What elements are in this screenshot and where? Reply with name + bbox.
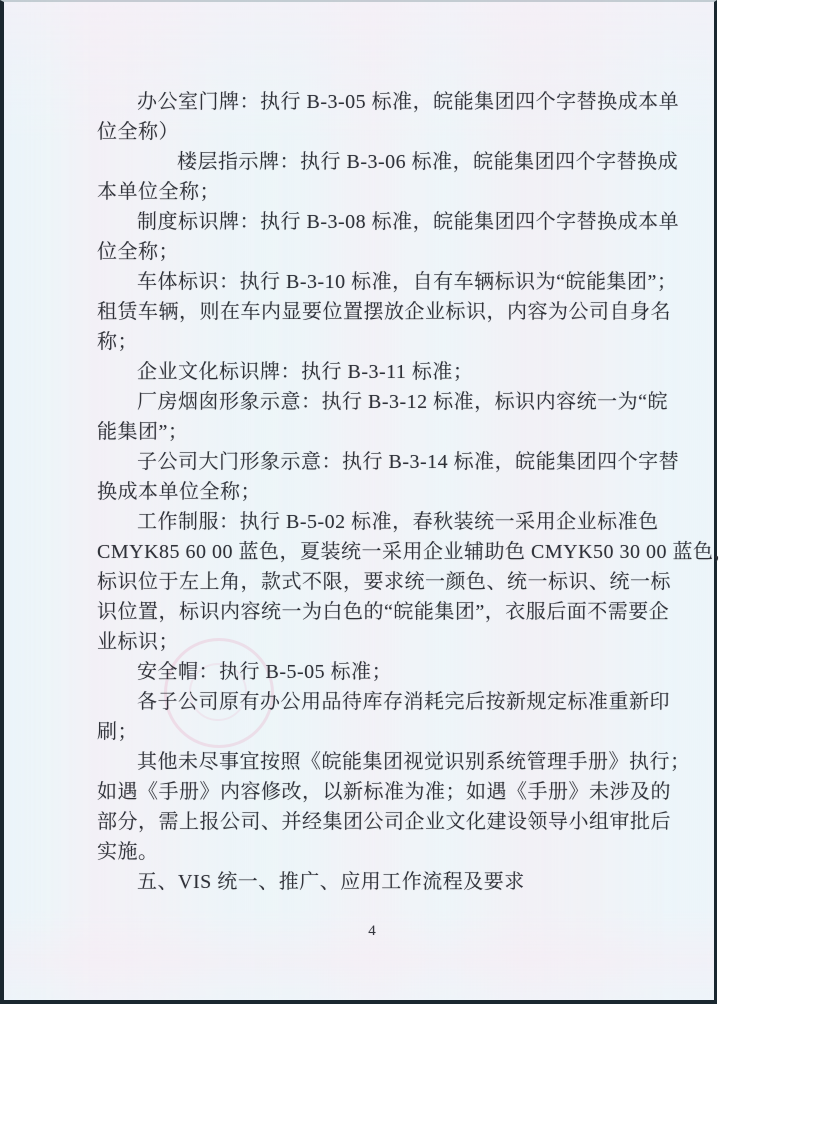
scanned-page: 办公室门牌：执行 B-3-05 标准，皖能集团四个字替换成本单位全称）楼层指示牌… bbox=[0, 0, 717, 1004]
text-line: 子公司大门形象示意：执行 B-3-14 标准，皖能集团四个字替 bbox=[97, 447, 657, 477]
text-line: 工作制服：执行 B-5-02 标准，春秋装统一采用企业标准色 bbox=[97, 507, 657, 537]
text-line: 厂房烟囱形象示意：执行 B-3-12 标准，标识内容统一为“皖 bbox=[97, 387, 657, 417]
text-line: 车体标识：执行 B-3-10 标准，自有车辆标识为“皖能集团”； bbox=[97, 267, 657, 297]
text-line: 换成本单位全称； bbox=[97, 477, 657, 507]
text-line: 企业文化标识牌：执行 B-3-11 标准； bbox=[97, 357, 657, 387]
text-line: 租赁车辆，则在车内显要位置摆放企业标识，内容为公司自身名 bbox=[97, 297, 657, 327]
text-line: 其他未尽事宜按照《皖能集团视觉识别系统管理手册》执行； bbox=[97, 747, 657, 777]
text-line: 实施。 bbox=[97, 837, 657, 867]
text-line: 位全称； bbox=[97, 237, 657, 267]
text-line: 位全称） bbox=[97, 117, 657, 147]
text-line: 部分，需上报公司、并经集团公司企业文化建设领导小组审批后 bbox=[97, 807, 657, 837]
text-line: CMYK85 60 00 蓝色，夏装统一采用企业辅助色 CMYK50 30 00… bbox=[97, 537, 657, 567]
text-line: 标识位于左上角，款式不限，要求统一颜色、统一标识、统一标 bbox=[97, 567, 657, 597]
text-line: 如遇《手册》内容修改，以新标准为准；如遇《手册》未涉及的 bbox=[97, 777, 657, 807]
page-number: 4 bbox=[360, 921, 384, 941]
text-line: 识位置，标识内容统一为白色的“皖能集团”，衣服后面不需要企 bbox=[97, 597, 657, 627]
text-line: 能集团”； bbox=[97, 417, 657, 447]
text-line: 安全帽：执行 B-5-05 标准； bbox=[97, 657, 657, 687]
text-line: 楼层指示牌：执行 B-3-06 标准，皖能集团四个字替换成 bbox=[97, 147, 657, 177]
text-line: 办公室门牌：执行 B-3-05 标准，皖能集团四个字替换成本单 bbox=[97, 87, 657, 117]
text-line: 称； bbox=[97, 327, 657, 357]
text-line: 业标识； bbox=[97, 627, 657, 657]
text-line: 制度标识牌：执行 B-3-08 标准，皖能集团四个字替换成本单 bbox=[97, 207, 657, 237]
text-line: 各子公司原有办公用品待库存消耗完后按新规定标准重新印 bbox=[97, 687, 657, 717]
text-line: 五、VIS 统一、推广、应用工作流程及要求 bbox=[97, 867, 657, 897]
text-line: 刷； bbox=[97, 717, 657, 747]
screenshot-canvas: 办公室门牌：执行 B-3-05 标准，皖能集团四个字替换成本单位全称）楼层指示牌… bbox=[0, 0, 821, 1148]
text-line: 本单位全称； bbox=[97, 177, 657, 207]
document-text: 办公室门牌：执行 B-3-05 标准，皖能集团四个字替换成本单位全称）楼层指示牌… bbox=[97, 87, 657, 897]
